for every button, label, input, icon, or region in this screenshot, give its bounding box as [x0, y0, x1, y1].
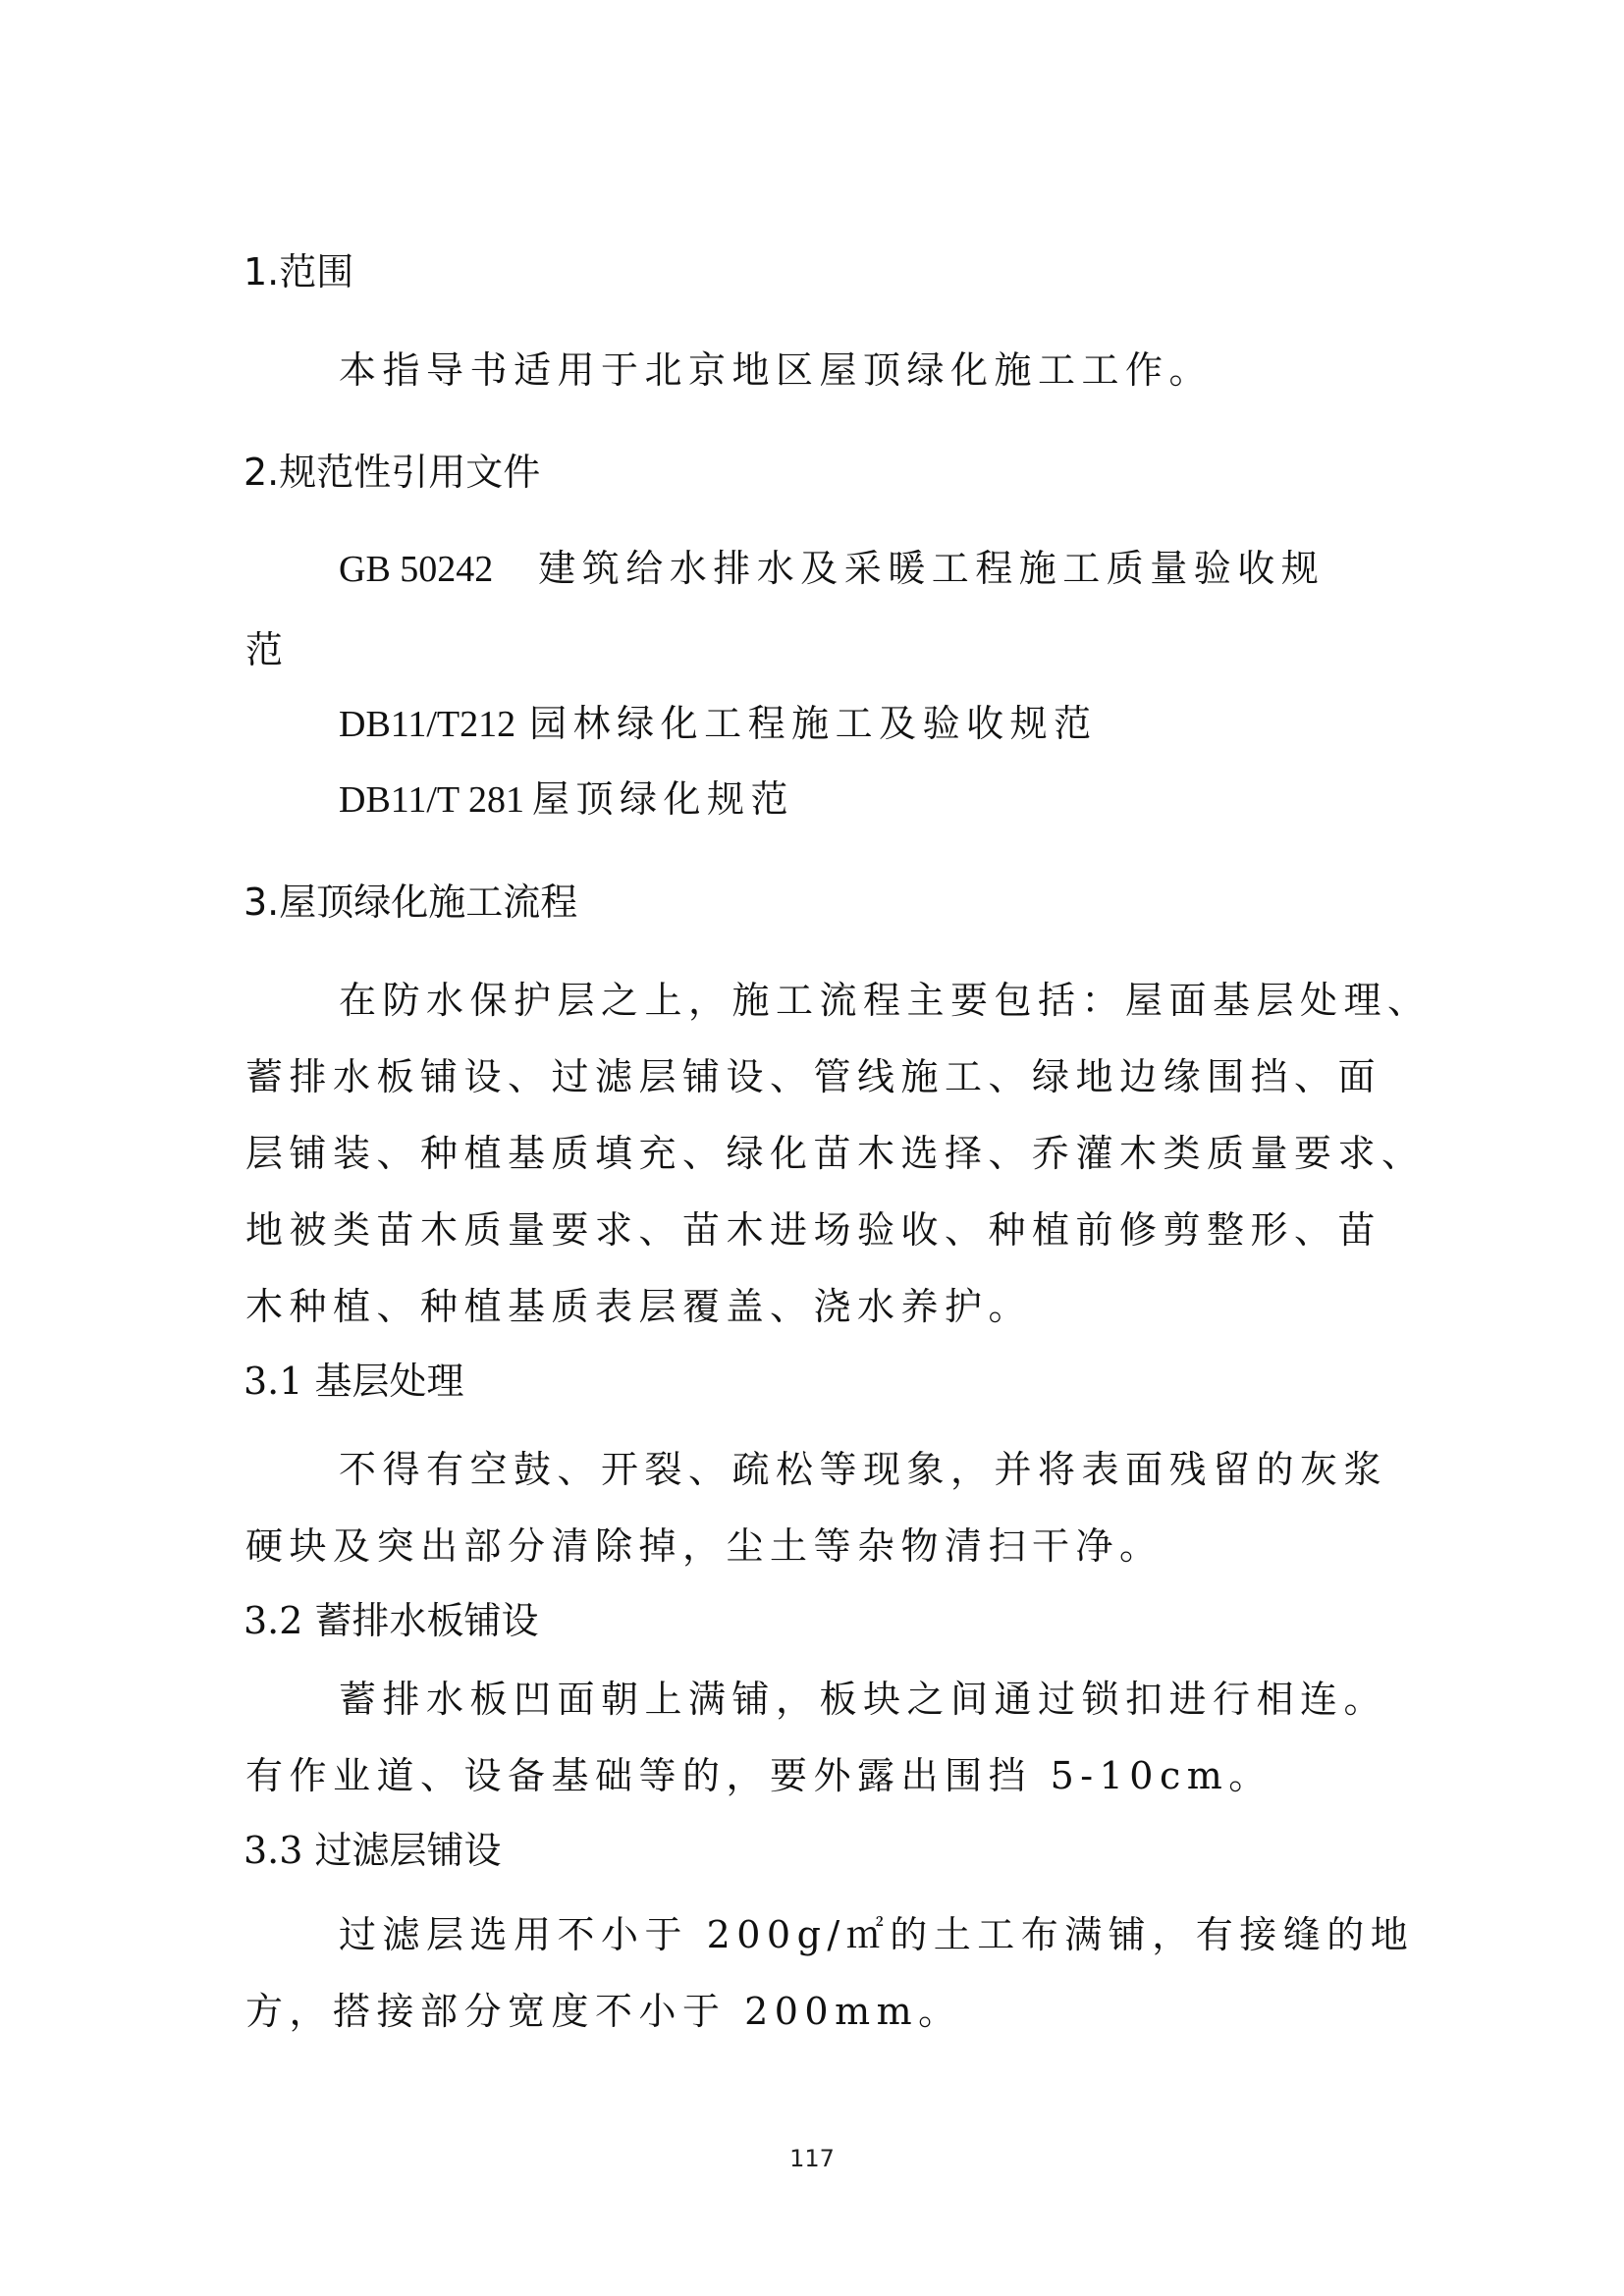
reference-item-db11-t212: DB11/T212园林绿化工程施工及验收规范 — [339, 705, 1098, 743]
filter-layer-line-2: 方，搭接部分宽度不小于 200mm。 — [245, 1993, 962, 2030]
subsection-heading-filter-layer: 3.3 过滤层铺设 — [244, 1832, 502, 1869]
reference-code: GB 50242 — [339, 549, 493, 590]
section-heading-scope: 1.范围 — [244, 253, 353, 291]
subsection-heading-drainage-board: 3.2 蓄排水板铺设 — [244, 1602, 539, 1639]
process-paragraph-line-1: 在防水保护层之上，施工流程主要包括：屋面基层处理、 — [339, 982, 1432, 1019]
scope-paragraph: 本指导书适用于北京地区屋顶绿化施工工作。 — [339, 351, 1213, 389]
process-paragraph-line-3: 层铺装、种植基质填充、绿化苗木选择、乔灌木类质量要求、 — [245, 1135, 1426, 1172]
filter-layer-line-1: 过滤层选用不小于 200g/㎡的土工布满铺，有接缝的地 — [339, 1916, 1414, 1953]
process-paragraph-line-4: 地被类苗木质量要求、苗木进场验收、种植前修剪整形、苗 — [245, 1211, 1381, 1249]
reference-title-continuation: 范 — [245, 631, 290, 668]
reference-item-db11-t281: DB11/T 281屋顶绿化规范 — [339, 780, 794, 819]
reference-code: DB11/T212 — [339, 704, 515, 745]
section-heading-process: 3.屋顶绿化施工流程 — [244, 883, 577, 921]
section-heading-references: 2.规范性引用文件 — [244, 454, 540, 491]
subsection-heading-base-treatment: 3.1 基层处理 — [244, 1362, 464, 1400]
base-treatment-line-1: 不得有空鼓、开裂、疏松等现象，并将表面残留的灰浆 — [339, 1451, 1387, 1488]
reference-title: 建筑给水排水及采暖工程施工质量验收规 — [538, 547, 1325, 590]
reference-code: DB11/T 281 — [339, 779, 524, 821]
drainage-board-line-2: 有作业道、设备基础等的，要外露出围挡 5-10cm。 — [245, 1757, 1272, 1794]
base-treatment-line-2: 硬块及突出部分清除掉，尘土等杂物清扫干净。 — [245, 1527, 1164, 1565]
process-paragraph-line-2: 蓄排水板铺设、过滤层铺设、管线施工、绿地边缘围挡、面 — [245, 1058, 1381, 1095]
drainage-board-line-1: 蓄排水板凹面朝上满铺，板块之间通过锁扣进行相连。 — [339, 1681, 1387, 1718]
process-paragraph-line-5: 木种植、种植基质表层覆盖、浇水养护。 — [245, 1288, 1032, 1325]
reference-item-gb50242: GB 50242建筑给水排水及采暖工程施工质量验收规 — [339, 550, 1325, 588]
page-number: 117 — [0, 2145, 1624, 2172]
reference-title: 园林绿化工程施工及验收规范 — [529, 702, 1098, 745]
reference-title: 屋顶绿化规范 — [532, 777, 794, 821]
document-page: 1.范围 本指导书适用于北京地区屋顶绿化施工工作。 2.规范性引用文件 GB 5… — [0, 0, 1624, 2296]
